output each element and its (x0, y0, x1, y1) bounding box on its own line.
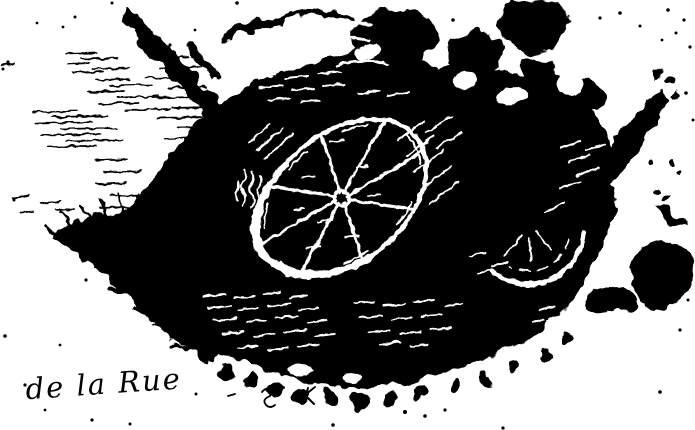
hatch-stroke (56, 209, 74, 210)
ink-speckle (639, 25, 642, 28)
hatch-stroke (42, 134, 100, 135)
hatch-stroke (34, 111, 76, 112)
ink-speckle (675, 32, 678, 35)
right-leaf-blob (661, 197, 667, 203)
swirl-dot (246, 26, 254, 34)
ink-speckle (62, 26, 65, 29)
hatch-stroke (60, 128, 118, 129)
ink-speckle (44, 409, 47, 412)
leaf-blob (243, 375, 257, 389)
hatch-stroke (104, 171, 140, 172)
ink-speckle (658, 390, 662, 394)
ink-speckle (331, 423, 335, 427)
ink-speckle (692, 119, 695, 122)
needle-spike (174, 346, 190, 348)
right-bush-lump (630, 240, 692, 312)
ink-speckle (194, 29, 197, 32)
branch-finger (496, 0, 570, 58)
ink-speckle (688, 45, 691, 48)
ink-speckle (403, 410, 407, 414)
ink-speckle (443, 408, 446, 411)
hatch-stroke (158, 117, 202, 118)
hatch-stroke (118, 96, 158, 97)
branch-tip-blob (663, 77, 673, 87)
hatch-stroke (36, 122, 92, 123)
leaf-blob (539, 349, 551, 361)
etching-canvas: de la Rue (0, 0, 695, 430)
right-leaf-blob (667, 161, 673, 167)
ink-speckle (451, 18, 455, 22)
swirl-stroke (286, 12, 350, 20)
ink-speckle (661, 39, 664, 42)
hatch-stroke (92, 68, 128, 69)
ink-speckle (36, 22, 39, 25)
hatch-stroke (100, 103, 140, 104)
ink-speckle (618, 11, 622, 15)
leaf-blob (413, 385, 427, 399)
ink-speckle (3, 334, 7, 338)
hatch-stroke (88, 91, 124, 92)
ink-speckle (13, 199, 16, 202)
ink-speckle (195, 393, 198, 396)
leaf-blob (479, 372, 491, 384)
ink-speckle (501, 426, 504, 429)
hatch-stroke (74, 72, 104, 73)
hatch-stroke (95, 159, 128, 160)
ink-speckle (6, 60, 9, 63)
ink-speckle (684, 91, 688, 95)
scribble-mark-k (304, 387, 315, 404)
right-bush-link (586, 286, 634, 314)
light-pocket (342, 373, 362, 383)
leaf-blob (322, 391, 338, 407)
leaf-blob (353, 394, 367, 408)
light-pocket (556, 73, 584, 95)
branch-tip-blob (653, 71, 661, 79)
hatch-stroke (152, 97, 196, 98)
hatch-stroke (40, 202, 60, 204)
hatch-stroke (96, 183, 126, 184)
light-pocket (288, 364, 312, 376)
hatch-stroke (68, 63, 90, 64)
leaf-blob (198, 349, 212, 363)
leaf-blob (508, 361, 522, 375)
swirl-dot (289, 13, 295, 19)
ink-speckle (129, 423, 132, 426)
ink-speckle (687, 299, 690, 302)
leaf-blob (384, 392, 396, 404)
hatch-stroke (2, 64, 14, 66)
hatch-stroke (80, 58, 118, 59)
hatch-stroke (12, 196, 30, 198)
ink-speckle (235, 1, 239, 5)
swirl-stroke (226, 21, 284, 38)
ink-speckle (111, 2, 114, 5)
ink-speckle (90, 418, 93, 421)
ink-speckle (168, 43, 171, 46)
engraving-svg: de la Rue (0, 0, 695, 430)
hatch-stroke (110, 85, 152, 86)
leaf-blob (564, 332, 576, 344)
ink-speckle (598, 16, 601, 19)
right-leaf-blob (678, 170, 683, 175)
leaf-blob (217, 364, 233, 380)
ink-speckle (666, 8, 670, 12)
ink-speckle (423, 414, 427, 418)
branch-tip-blob (673, 90, 681, 98)
right-leaf-blob (653, 187, 660, 194)
ink-speckle (84, 278, 87, 281)
right-twig (656, 207, 686, 230)
ink-speckle (59, 344, 62, 347)
hatch-stroke (96, 79, 130, 80)
hatch-stroke (66, 53, 96, 54)
hatch-stroke (52, 116, 108, 117)
hatch-stroke (20, 211, 34, 212)
hatch-stroke (66, 140, 122, 141)
ink-speckle (74, 16, 77, 19)
artist-signature: de la Rue (24, 361, 182, 406)
hatch-stroke (126, 109, 170, 110)
ink-speckle (682, 18, 685, 21)
right-leaf-blob (649, 159, 655, 165)
scribble-tick (228, 394, 235, 396)
ink-speckle (678, 328, 681, 331)
leaf-blob (449, 379, 461, 391)
ink-speckle (2, 68, 5, 71)
